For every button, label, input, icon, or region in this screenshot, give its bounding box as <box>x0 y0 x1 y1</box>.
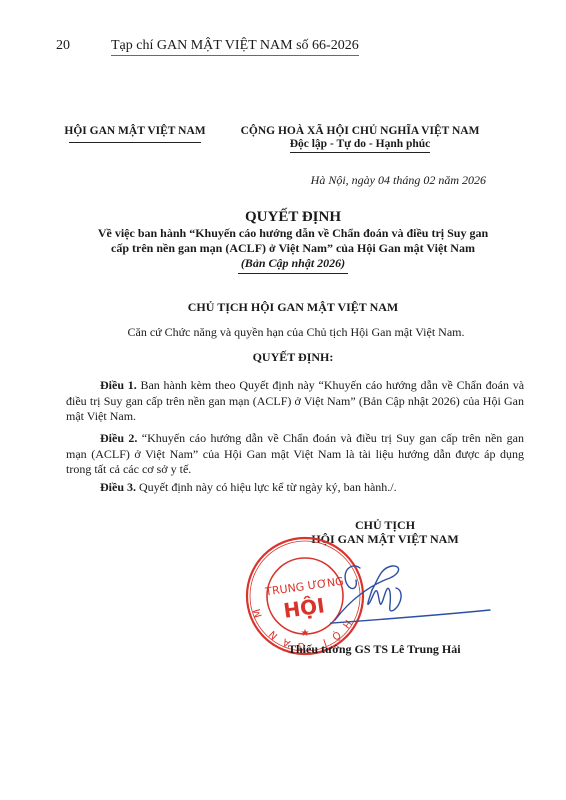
signer-position: CHỦ TỊCH <box>300 518 470 532</box>
signer-name: Thiếu tướng GS TS Lê Trung Hải <box>288 642 461 657</box>
svg-text:★: ★ <box>301 628 310 639</box>
journal-title: Tạp chí GAN MẬT VIỆT NAM số 66-2026 <box>111 38 359 56</box>
svg-text:HỘI: HỘI <box>282 593 326 622</box>
decision-subject-line-1: Về việc ban hành “Khuyến cáo hướng dẫn v… <box>60 226 526 241</box>
decide-heading: QUYẾT ĐỊNH: <box>60 350 526 365</box>
decision-title: QUYẾT ĐỊNH <box>60 209 526 226</box>
article-label: Điều 2. <box>100 431 137 445</box>
page-number: 20 <box>56 38 70 54</box>
legal-basis: Căn cứ Chức năng và quyền hạn của Chủ tị… <box>66 325 526 340</box>
article-label: Điều 3. <box>100 480 136 494</box>
national-header: CỘNG HOÀ XÃ HỘI CHỦ NGHĨA VIỆT NAM Độc l… <box>234 125 486 153</box>
date-line: Hà Nội, ngày 04 tháng 02 năm 2026 <box>311 173 486 188</box>
article-text: Quyết định này có hiệu lực kể từ ngày ký… <box>139 480 397 494</box>
handwritten-signature-icon <box>330 560 530 640</box>
organization-underline <box>69 142 201 143</box>
organization-name: HỘI GAN MẬT VIỆT NAM <box>64 125 206 137</box>
issuing-organization: HỘI GAN MẬT VIỆT NAM <box>64 125 206 143</box>
article-1: Điều 1. Ban hành kèm theo Quyết định này… <box>66 378 524 425</box>
article-3: Điều 3. Quyết định này có hiệu lực kể từ… <box>66 480 524 496</box>
national-motto: Độc lập - Tự do - Hạnh phúc <box>290 138 431 153</box>
article-2: Điều 2. “Khuyến cáo hướng dẫn về Chẩn đo… <box>66 431 524 478</box>
decision-header: QUYẾT ĐỊNH Về việc ban hành “Khuyến cáo … <box>60 209 526 274</box>
article-label: Điều 1. <box>100 378 137 392</box>
country-name: CỘNG HOÀ XÃ HỘI CHỦ NGHĨA VIỆT NAM <box>234 125 486 137</box>
decision-underline <box>238 273 348 274</box>
decision-version: (Bản Cập nhật 2026) <box>60 256 526 271</box>
decision-subject-line-2: cấp trên nền gan mạn (ACLF) ở Việt Nam” … <box>60 241 526 256</box>
chair-heading: CHỦ TỊCH HỘI GAN MẬT VIỆT NAM <box>60 300 526 315</box>
